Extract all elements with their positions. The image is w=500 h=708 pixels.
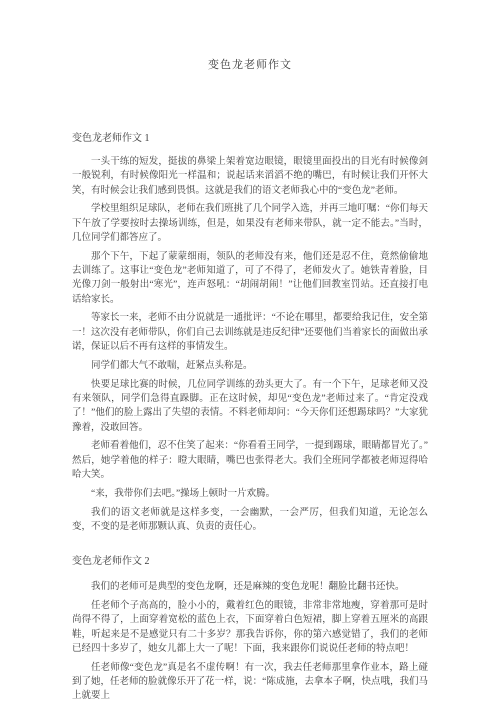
paragraph: 快要足球比赛的时候，几位同学训练的劲头更大了。有一个下午，足球老师又没有来领队，… [72, 378, 428, 435]
section-1-heading: 变色龙老师作文 1 [72, 129, 428, 144]
paragraph: 我们的老师可是典型的变色龙啊，还是麻辣的变色龙呢！翻脸比翻书还快。 [72, 580, 428, 594]
paragraph: 学校里组织足球队，老师在我们班挑了几个同学入选，并再三地叮嘱：“你们每天下午放了… [72, 202, 428, 245]
essay-section-1: 变色龙老师作文 1 一头干练的短发，挺拔的鼻梁上架着宽边眼镜，眼镜里面投出的目光… [72, 129, 428, 534]
paragraph: 一头干练的短发，挺拔的鼻梁上架着宽边眼镜，眼镜里面投出的目光有时候像剑一般锐利，… [72, 155, 428, 198]
section-2-heading: 变色龙老师作文 2 [72, 552, 428, 567]
paragraph: 任老师像“变色龙”真是名不虚传啊！有一次，我去任老师那里拿作业本，路上碰到了她，… [72, 661, 428, 704]
paragraph: “来，我带你们去吧。”操场上顿时一片欢腾。 [72, 487, 428, 501]
essay-section-2: 变色龙老师作文 2 我们的老师可是典型的变色龙啊，还是麻辣的变色龙呢！翻脸比翻书… [72, 552, 428, 703]
document-title: 变色龙老师作文 [72, 56, 428, 72]
paragraph: 同学们都大气不敢喘，赶紧点头称是。 [72, 359, 428, 373]
document-page: 变色龙老师作文 变色龙老师作文 1 一头干练的短发，挺拔的鼻梁上架着宽边眼镜，眼… [0, 0, 500, 708]
paragraph: 那个下午，下起了蒙蒙细雨，领队的老师没有来，他们还是忍不住，竟然偷偷地去训练了。… [72, 250, 428, 307]
paragraph: 任老师个子高高的，脸小小的，戴着红色的眼镜，非常非常地瘦，穿着那可是时尚得不得了… [72, 599, 428, 656]
paragraph: 我们的语文老师就是这样多变，一会幽默，一会严厉，但我们知道，无论怎么变，不变的是… [72, 506, 428, 535]
paragraph: 等家长一来，老师不由分说就是一通批评：“不论在哪里，都要给我记住，安全第一！这次… [72, 311, 428, 354]
paragraph: 老师看着他们，忍不住笑了起来：“你看看王同学，一提到踢球，眼睛都冒光了。”然后，… [72, 439, 428, 482]
